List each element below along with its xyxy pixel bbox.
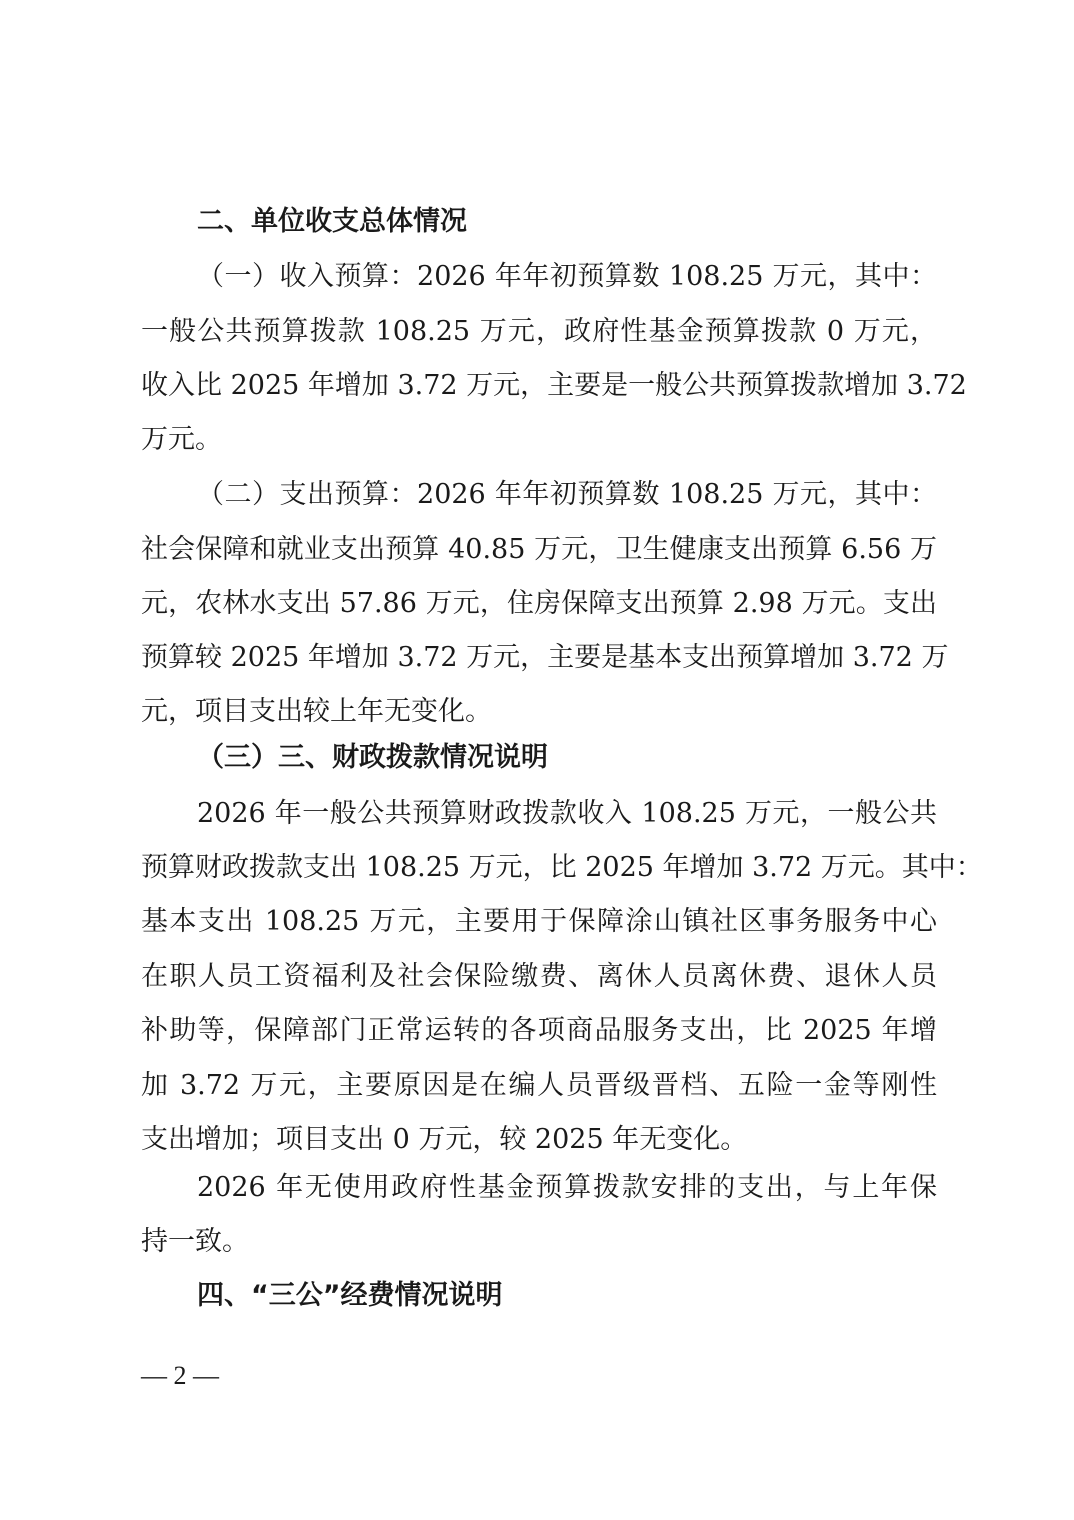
text-line: 持一致。 — [141, 1222, 937, 1262]
text-line: 预算财政拨款支出 108.25 万元，比 2025 年增加 3.72 万元。其中… — [141, 848, 937, 888]
section-heading-three-public: 四、“三公”经费情况说明 — [197, 1276, 937, 1316]
section-heading-appropriation: （三）三、财政拨款情况说明 — [197, 738, 937, 778]
page-number: — 2 — — [141, 1356, 219, 1396]
text-line: 万元。 — [141, 420, 937, 460]
text-line: 预算较 2025 年增加 3.72 万元，主要是基本支出预算增加 3.72 万 — [141, 638, 937, 678]
section-heading-overall: 二、单位收支总体情况 — [197, 202, 937, 242]
text-line: 在职人员工资福利及社会保险缴费、离休人员离休费、退休人员 — [141, 957, 937, 997]
text-line: （一）收入预算：2026 年年初预算数 108.25 万元，其中： — [197, 257, 937, 297]
text-line: （二）支出预算：2026 年年初预算数 108.25 万元，其中： — [197, 475, 937, 515]
text-line: 加 3.72 万元，主要原因是在编人员晋级晋档、五险一金等刚性 — [141, 1066, 937, 1106]
text-line: 一般公共预算拨款 108.25 万元，政府性基金预算拨款 0 万元， — [141, 312, 937, 352]
text-line: 支出增加；项目支出 0 万元，较 2025 年无变化。 — [141, 1120, 937, 1160]
text-line: 2026 年无使用政府性基金预算拨款安排的支出，与上年保 — [197, 1168, 937, 1208]
text-line: 元，项目支出较上年无变化。 — [141, 692, 937, 732]
text-line: 社会保障和就业支出预算 40.85 万元，卫生健康支出预算 6.56 万 — [141, 530, 937, 570]
text-line: 元，农林水支出 57.86 万元，住房保障支出预算 2.98 万元。支出 — [141, 584, 937, 624]
text-line: 补助等，保障部门正常运转的各项商品服务支出，比 2025 年增 — [141, 1011, 937, 1051]
text-line: 收入比 2025 年增加 3.72 万元，主要是一般公共预算拨款增加 3.72 — [141, 366, 937, 406]
text-line: 2026 年一般公共预算财政拨款收入 108.25 万元，一般公共 — [197, 794, 937, 834]
text-line: 基本支出 108.25 万元，主要用于保障涂山镇社区事务服务中心 — [141, 902, 937, 942]
